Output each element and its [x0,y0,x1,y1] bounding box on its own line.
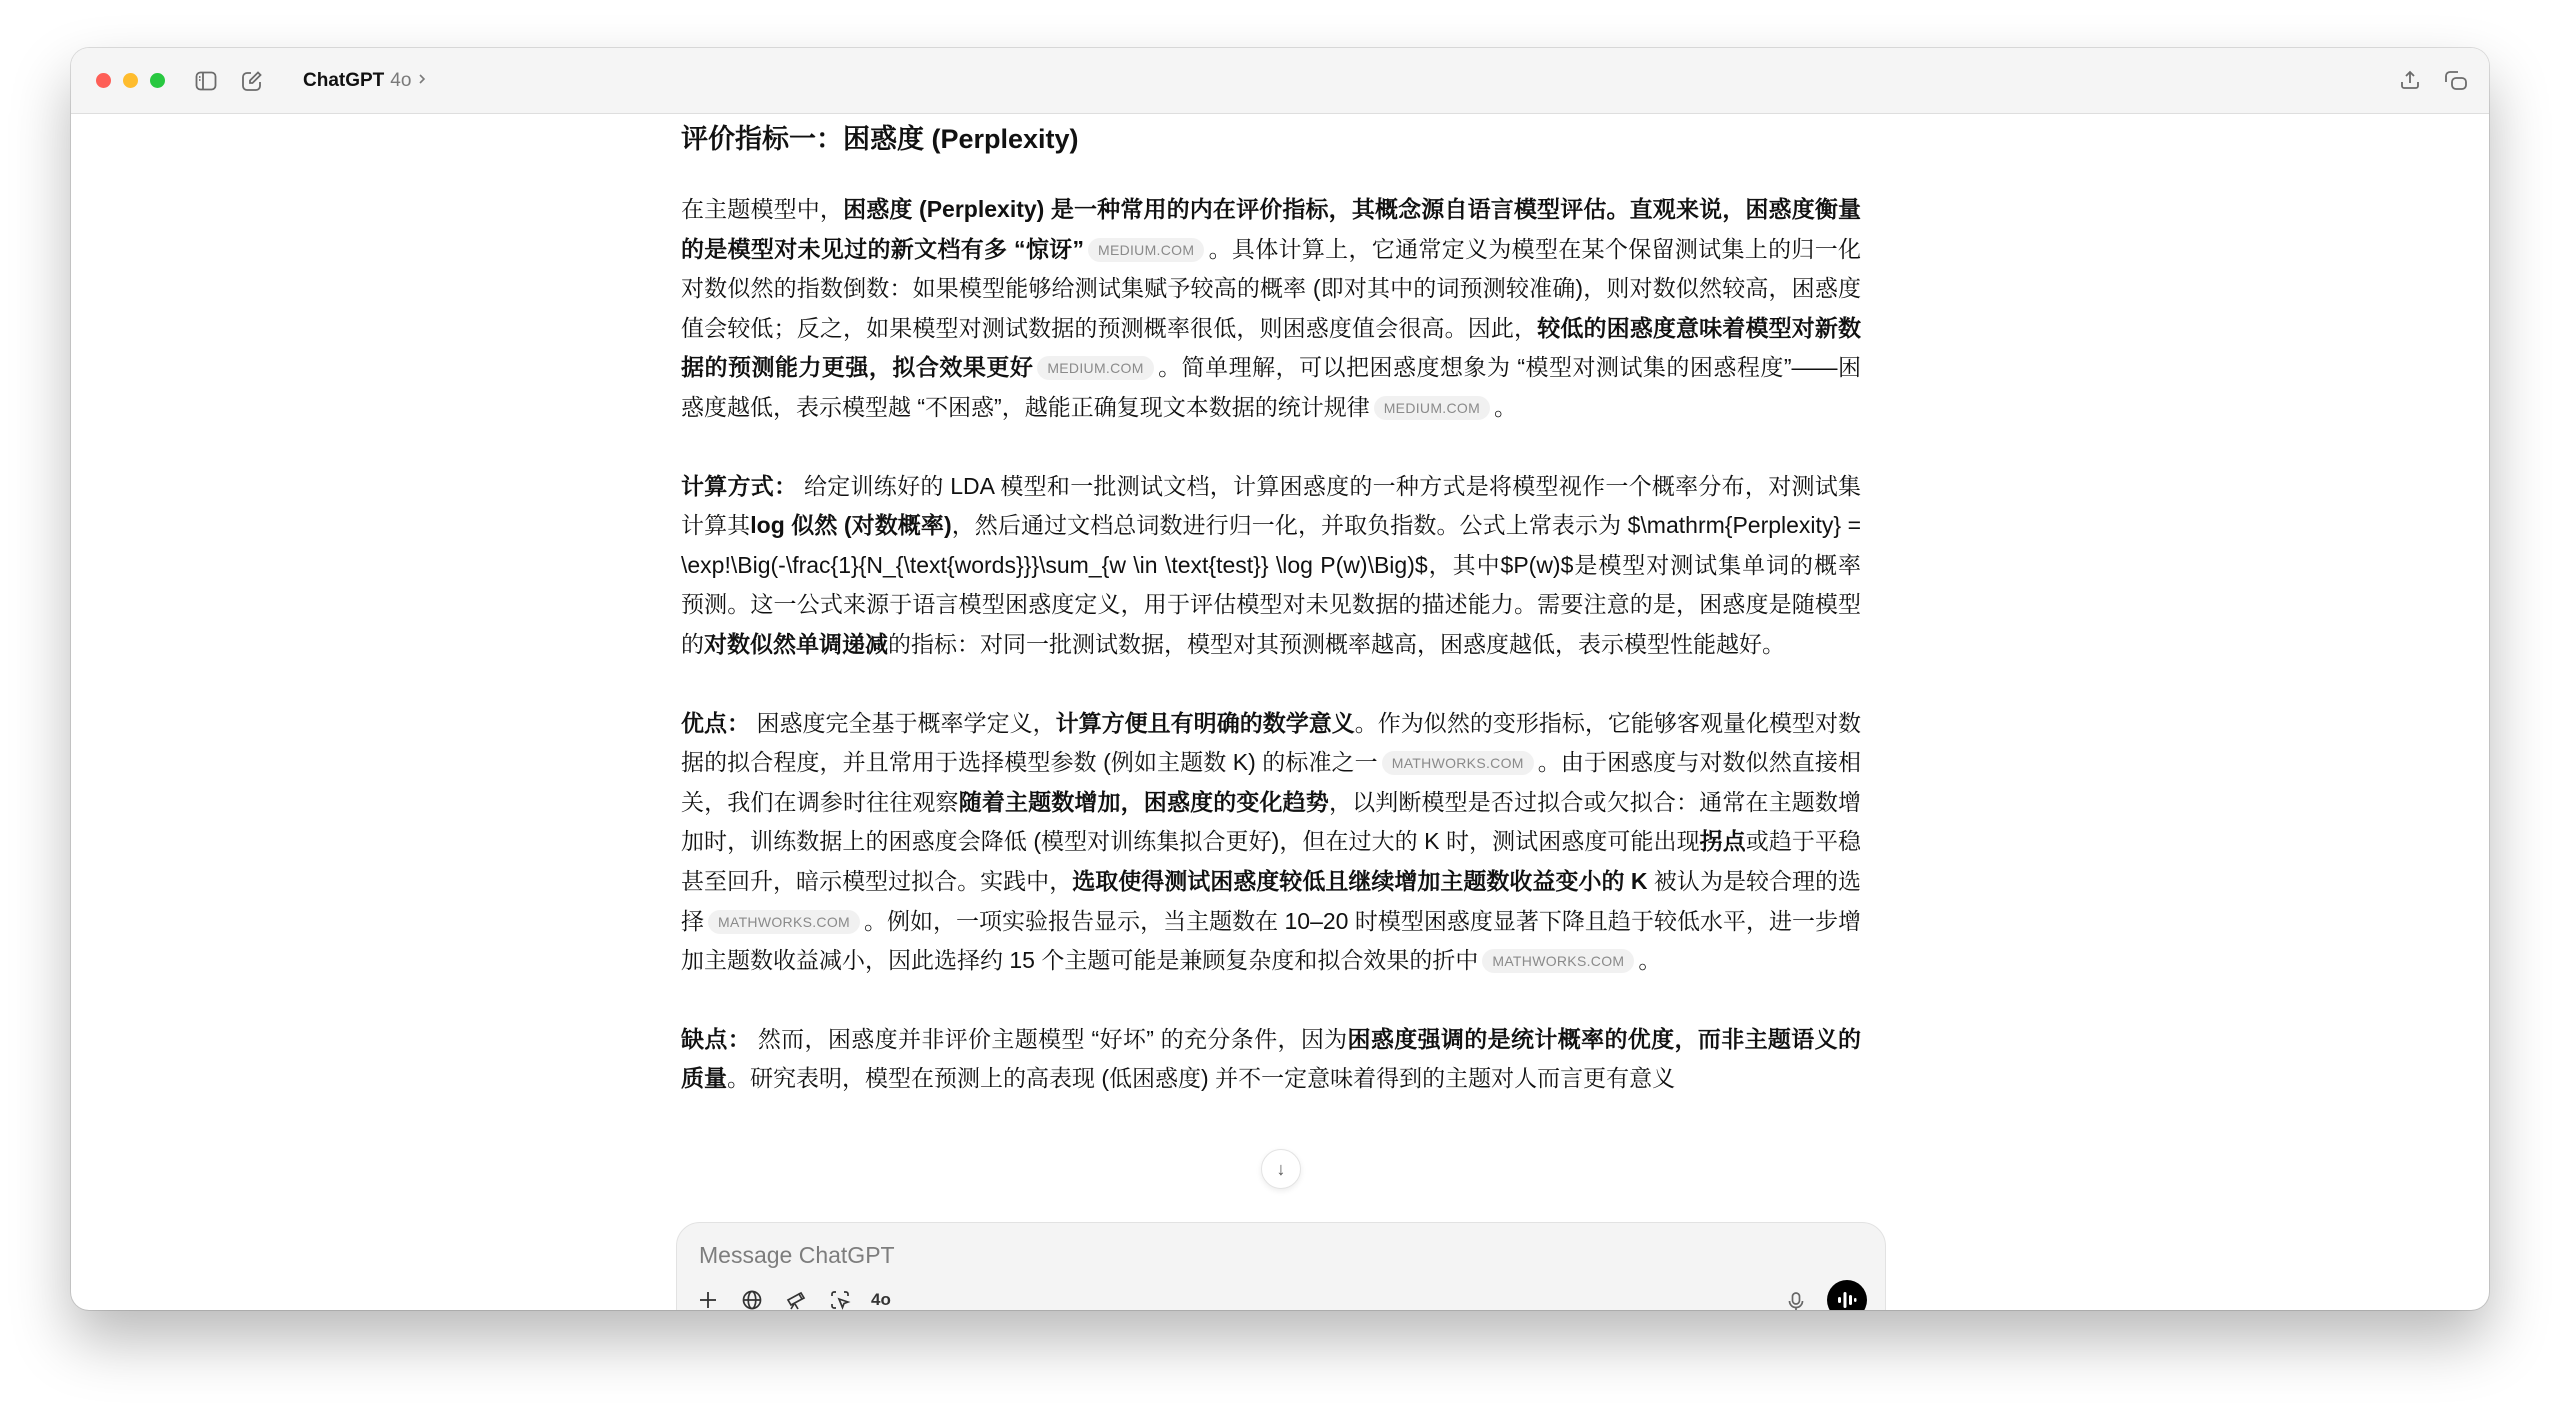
assistant-message: 评价指标一：困惑度 (Perplexity) 在主题模型中，困惑度 (Perpl… [681,114,1861,1138]
new-chat-icon[interactable] [239,68,265,94]
voice-mode-button[interactable] [1827,1280,1867,1310]
citation-chip[interactable]: MEDIUM.COM [1088,238,1204,262]
plus-icon[interactable] [695,1287,721,1310]
citation-chip[interactable]: MATHWORKS.COM [708,910,860,934]
bold-text: 拐点 [1700,828,1746,854]
close-window-button[interactable] [96,73,111,88]
minimize-window-button[interactable] [123,73,138,88]
text: 。研究表明，模型在预测上的高表现 (低困惑度) 并不一定意味着得到的主题对人而言… [727,1065,1675,1091]
bold-text: 计算方便且有明确的数学意义 [1056,710,1355,736]
app-title: ChatGPT [303,70,384,92]
share-icon[interactable] [2397,67,2423,93]
paragraph-disadvantages: 缺点： 然而，困惑度并非评价主题模型 “好坏” 的充分条件，因为困惑度强调的是统… [681,1020,1861,1099]
model-badge[interactable]: 4o [871,1290,891,1310]
citation-chip[interactable]: MATHWORKS.COM [1482,949,1634,973]
waveform-icon [1836,1290,1858,1310]
telescope-deep-research-icon[interactable] [783,1287,809,1310]
message-input[interactable] [697,1237,1701,1273]
text: 困惑度完全基于概率学定义， [750,710,1056,736]
zoom-window-button[interactable] [150,73,165,88]
bold-label: 优点： [681,710,750,736]
bold-text: 随着主题数增加，困惑度的变化趋势 [959,789,1329,815]
chevron-right-icon [417,72,427,86]
paragraph-intro: 在主题模型中，困惑度 (Perplexity) 是一种常用的内在评价指标，其概念… [681,190,1861,428]
sidebar-toggle-icon[interactable] [193,68,219,94]
microphone-icon[interactable] [1783,1289,1809,1310]
text: 。 [1494,394,1517,420]
section-heading: 评价指标一：困惑度 (Perplexity) [681,119,1861,159]
citation-chip[interactable]: MEDIUM.COM [1037,356,1153,380]
globe-search-icon[interactable] [739,1287,765,1310]
text: 然而，困惑度并非评价主题模型 “好坏” 的充分条件，因为 [751,1026,1347,1052]
paragraph-calculation: 计算方式： 给定训练好的 LDA 模型和一批测试文档，计算困惑度的一种方式是将模… [681,467,1861,665]
bold-label: 计算方式： [681,473,797,499]
text: 在主题模型中， [681,196,843,222]
paragraph-advantages: 优点： 困惑度完全基于概率学定义，计算方便且有明确的数学意义。作为似然的变形指标… [681,704,1861,981]
text: 。 [1638,947,1661,973]
scroll-to-bottom-button[interactable]: ↓ [1261,1149,1301,1189]
model-name: 4o [390,70,411,92]
window-controls [96,73,165,88]
arrow-down-icon: ↓ [1277,1159,1286,1180]
screen-select-icon[interactable] [827,1287,853,1310]
message-composer: 4o [676,1222,1886,1310]
model-selector[interactable]: ChatGPT 4o [303,70,427,92]
composer-toolbar: 4o [695,1287,891,1310]
popout-window-icon[interactable] [2443,67,2469,93]
bold-text: 选取使得测试困惑度较低且继续增加主题数收益变小的 K [1072,868,1647,894]
app-window: ChatGPT 4o 评价指标一：困惑度 (Perplexity) 在主题模型中… [71,48,2489,1310]
citation-chip[interactable]: MATHWORKS.COM [1382,751,1534,775]
chat-scroll-area[interactable]: 评价指标一：困惑度 (Perplexity) 在主题模型中，困惑度 (Perpl… [71,114,2489,1310]
title-bar: ChatGPT 4o [71,48,2489,114]
citation-chip[interactable]: MEDIUM.COM [1374,396,1490,420]
bold-text: 对数似然单调递减 [704,631,888,657]
text: 的指标：对同一批测试数据，模型对其预测概率越高，困惑度越低，表示模型性能越好。 [888,631,1785,657]
bold-text: log 似然 (对数概率) [750,512,951,538]
bold-label: 缺点： [681,1026,751,1052]
